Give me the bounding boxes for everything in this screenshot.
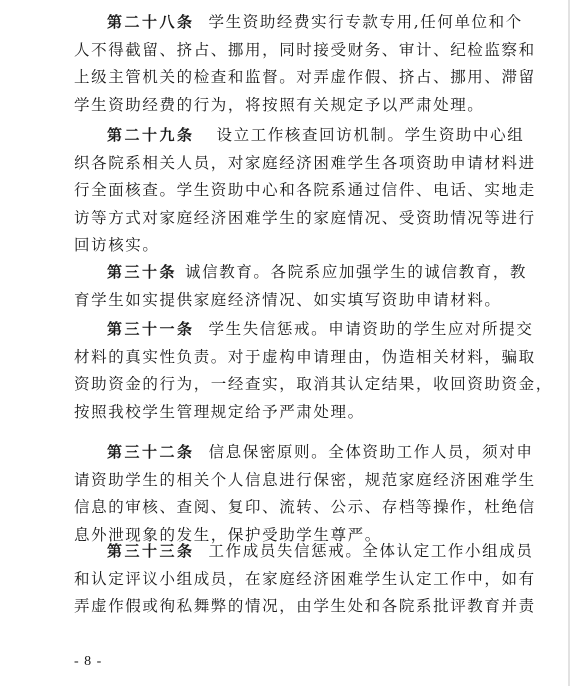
article-text: 访等方式对家庭经济困难学生的家庭情况、受资助情况等进行: [74, 205, 536, 233]
article-text: 学生失信惩戒。申请资助的学生应对所提交: [209, 320, 534, 338]
article-number: 第三十一条: [107, 320, 195, 338]
article-text: 信息的审核、查阅、复印、流转、公示、存档等操作，杜绝信: [74, 494, 536, 522]
article-text: 按照我校学生管理规定给予严肃处理。: [74, 399, 553, 427]
article-28: 第二十八条学生资助经费实行专款专用,任何单位和个 人不得截留、挤占、挪用，同时接…: [74, 9, 536, 119]
article-29: 第二十九条设立工作核查回访机制。学生资助中心组 织各院系相关人员，对家庭经济困难…: [74, 122, 536, 260]
article-number: 第三十二条: [107, 443, 195, 461]
article-30: 第三十条诚信教育。各院系应加强学生的诚信教育，教 育学生如实提供家庭经济情况、如…: [74, 259, 527, 314]
article-number: 第三十条: [107, 263, 177, 281]
article-text: 人不得截留、挤占、挪用，同时接受财务、审计、纪检监察和: [74, 37, 536, 65]
article-text: 育学生如实提供家庭经济情况、如实填写资助申请材料。: [74, 287, 527, 315]
article-text: 行全面核查。学生资助中心和各院系通过信件、电话、实地走: [74, 177, 536, 205]
article-number: 第二十八条: [107, 13, 195, 31]
article-text: 诚信教育。各院系应加强学生的诚信教育，教: [185, 263, 527, 281]
article-text: 设立工作核查回访机制。学生资助中心组: [217, 126, 525, 144]
article-text: 织各院系相关人员，对家庭经济困难学生各项资助申请材料进: [74, 150, 536, 178]
article-text: 请资助学生的相关个人信息进行保密，规范家庭经济困难学生: [74, 467, 536, 495]
article-number: 第三十三条: [107, 542, 195, 560]
article-31: 第三十一条学生失信惩戒。申请资助的学生应对所提交 材料的真实性负责。对于虚构申请…: [74, 316, 553, 426]
article-32: 第三十二条信息保密原则。全体资助工作人员，须对申 请资助学生的相关个人信息进行保…: [74, 439, 536, 549]
page-number: - 8 -: [74, 654, 102, 670]
article-33: 第三十三条工作成员失信惩戒。全体认定工作小组成员 和认定评议小组成员，在家庭经济…: [74, 538, 536, 621]
article-text: 和认定评议小组成员，在家庭经济困难学生认定工作中，如有: [74, 566, 536, 594]
article-text: 弄虚作假或徇私舞弊的情况，由学生处和各院系批评教育并责: [74, 593, 536, 621]
article-text: 工作成员失信惩戒。全体认定工作小组成员: [209, 542, 534, 560]
article-text: 资助资金的行为，一经查实，取消其认定结果，收回资助资金，: [74, 371, 553, 399]
article-text: 上级主管机关的检查和监督。对弄虚作假、挤占、挪用、滞留: [74, 64, 536, 92]
article-text: 材料的真实性负责。对于虚构申请理由，伪造相关材料，骗取: [74, 344, 553, 372]
article-text: 学生资助经费的行为，将按照有关规定予以严肃处理。: [74, 92, 536, 120]
article-number: 第二十九条: [107, 126, 195, 144]
article-text: 学生资助经费实行专款专用,任何单位和个: [209, 13, 523, 31]
article-text: 回访核实。: [74, 232, 536, 260]
article-text: 信息保密原则。全体资助工作人员，须对申: [209, 443, 534, 461]
